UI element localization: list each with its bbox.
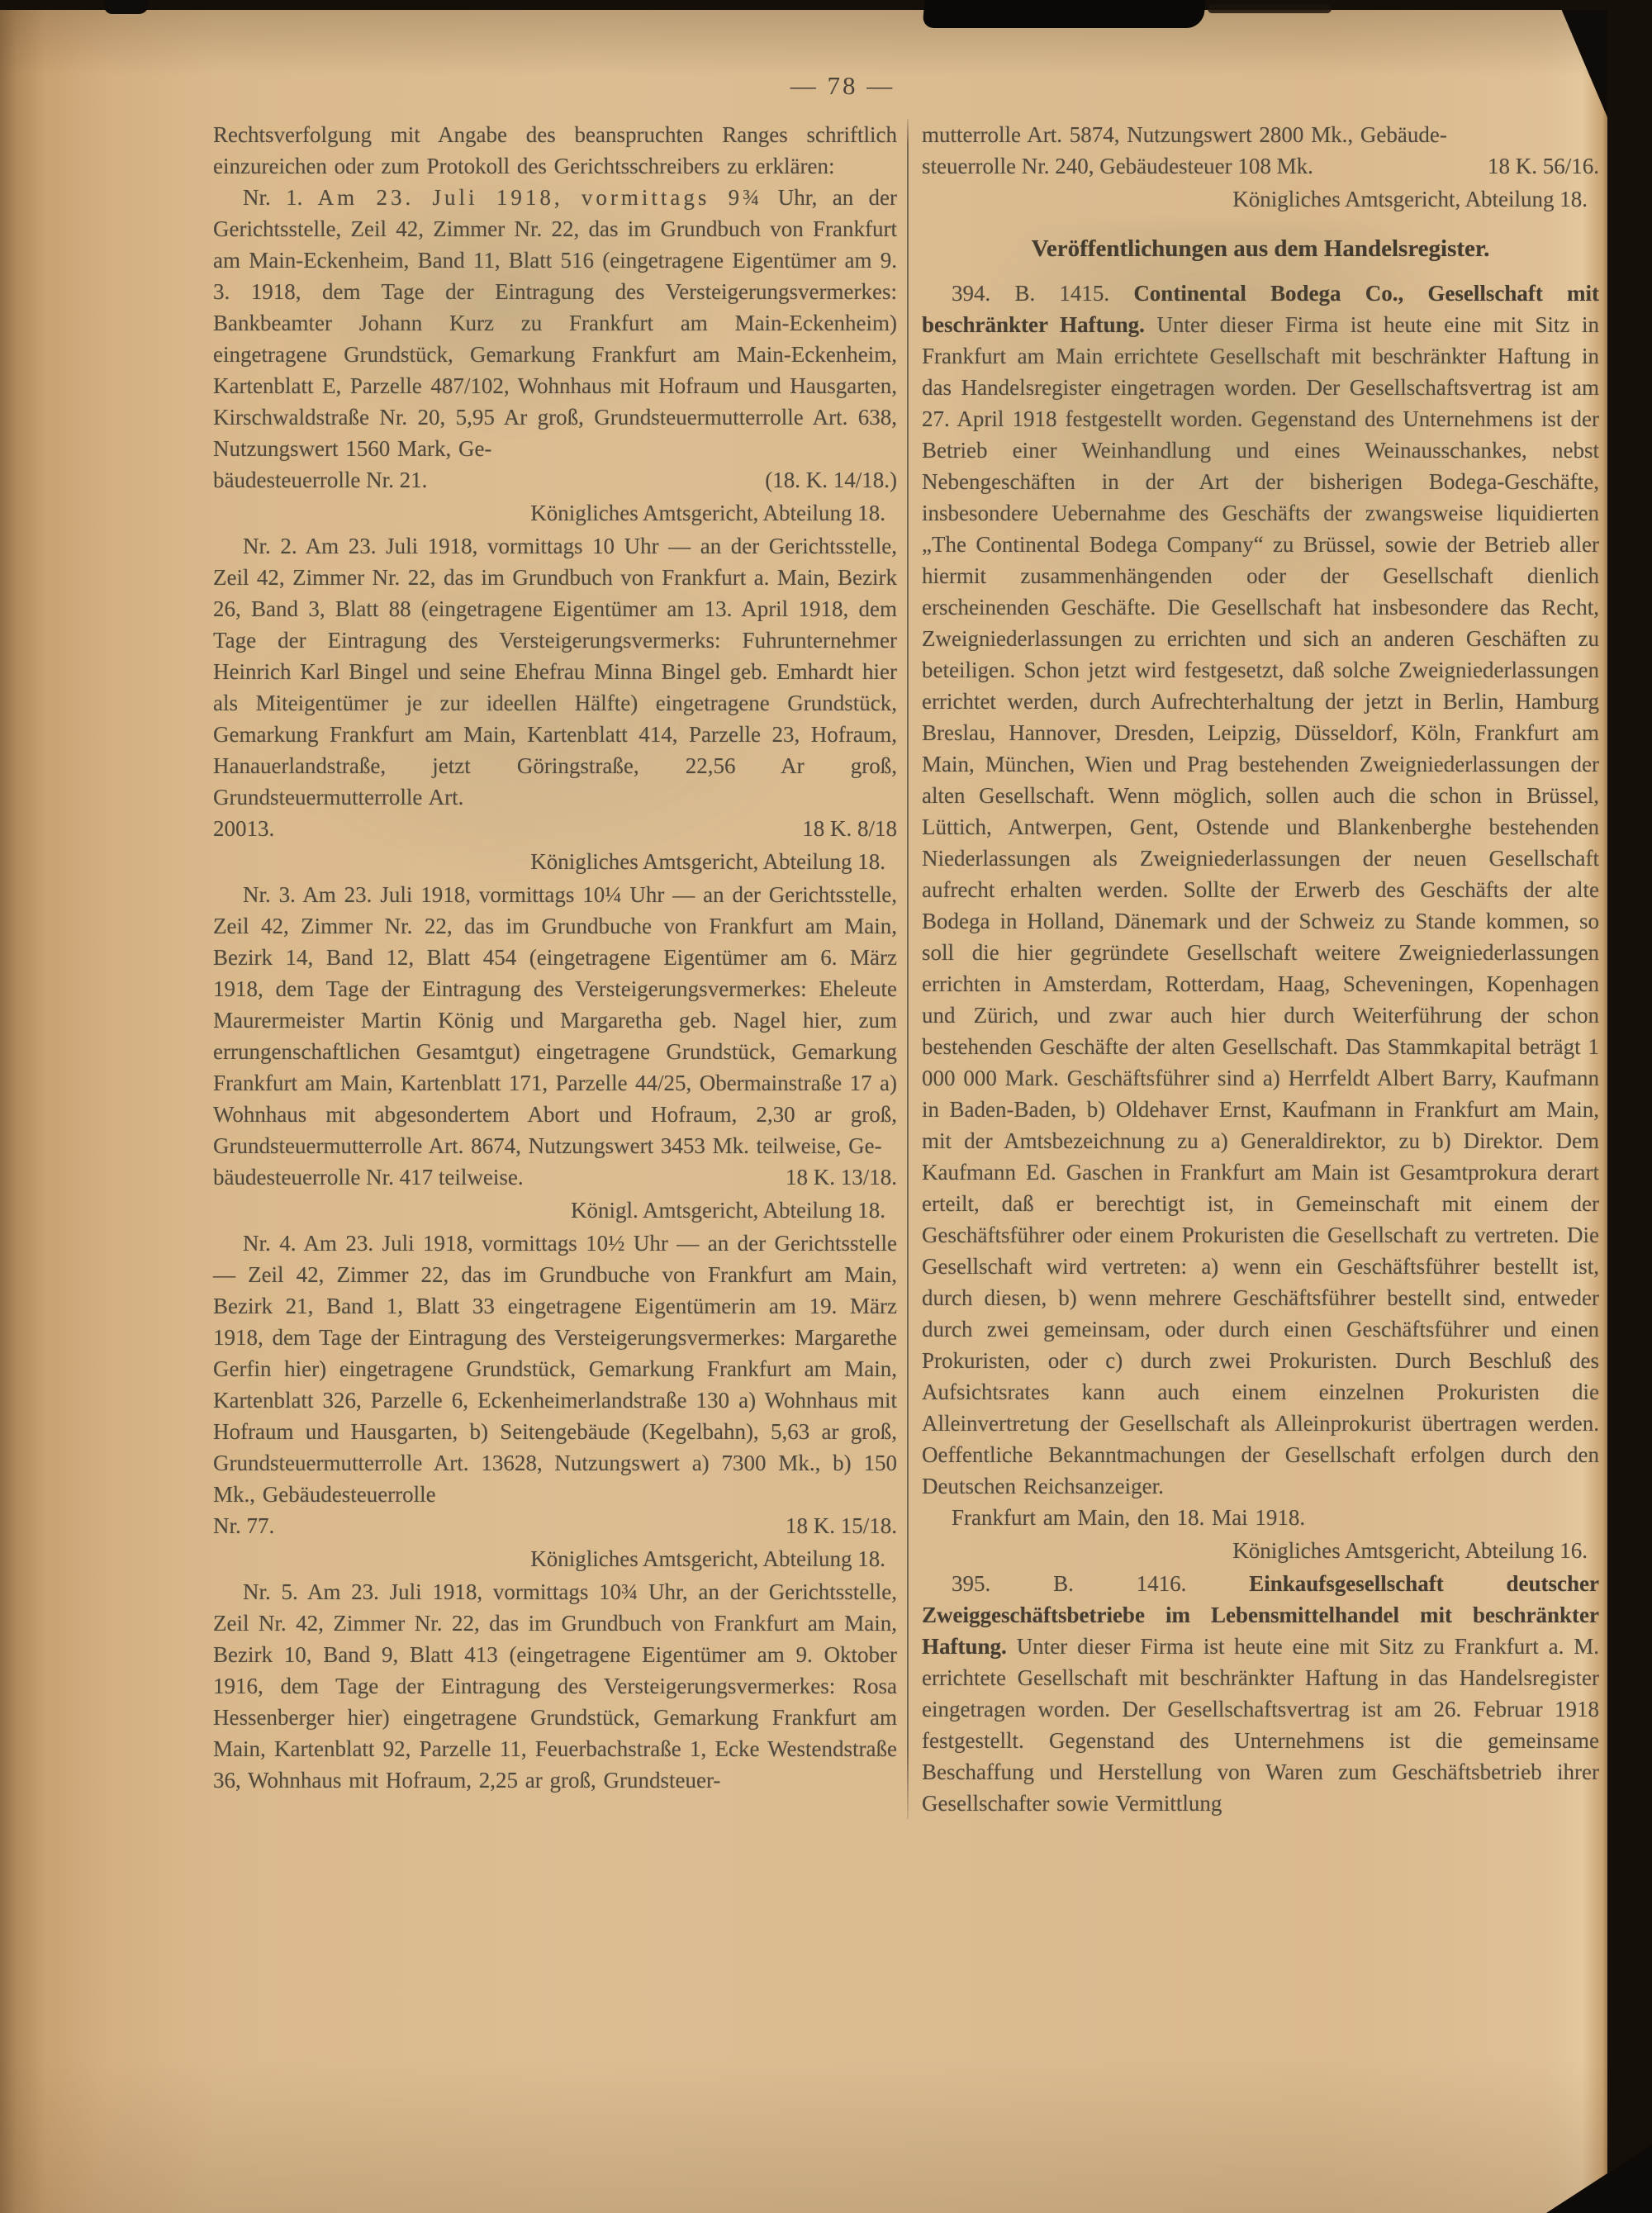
auction-notice-1: Nr. 1. Am 23. Juli 1918, vormittags 9¾ U… — [213, 182, 897, 464]
scan-artifact-streak — [1208, 4, 1332, 13]
notice-body: Am 23. Juli 1918, vormittags 10½ Uhr — a… — [213, 1231, 897, 1507]
left-column: Rechtsverfolgung mit Angabe des beanspru… — [213, 119, 907, 1819]
notice-body: Am 23. Juli 1918, vormittags 10 Uhr — an… — [213, 534, 897, 810]
notice-tail: bäudesteuerrolle Nr. 21. — [213, 464, 427, 496]
auction-notice-5: Nr. 5. Am 23. Juli 1918, vormittags 10¾ … — [213, 1576, 897, 1796]
docket-line: bäudesteuerrolle Nr. 21. (18. K. 14/18.) — [213, 464, 897, 496]
right-column: mutterrolle Art. 5874, Nutzungswert 2800… — [909, 119, 1599, 1819]
gazette-scan: { "colors": { "paper": "#dcbd92", "ink":… — [0, 0, 1652, 2213]
notice-number: Nr. 2. — [243, 534, 297, 558]
notice-tail: Nr. 77. — [213, 1510, 274, 1541]
page-number: — 78 — — [149, 71, 1536, 101]
docket-line: steuerrolle Nr. 240, Gebäudesteuer 108 M… — [922, 150, 1599, 182]
court-signature: Königliches Amtsgericht, Abteilung 18. — [922, 182, 1599, 216]
notice-date: Am 23. Juli 1918, vormittags 9¾ — [318, 185, 763, 210]
notice-body: Am 23. Juli 1918, vormittags 10¾ Uhr, an… — [213, 1579, 897, 1793]
notice-number: Nr. 3. — [243, 882, 296, 907]
notice-tail: 20013. — [213, 813, 274, 844]
scan-artifact-blot — [923, 0, 1206, 28]
court-signature: Königliches Amtsgericht, Abteilung 18. — [213, 496, 897, 530]
entry-register-id: B. 1415. — [1014, 281, 1109, 306]
court-signature: Königliches Amtsgericht, Abteilung 16. — [922, 1533, 1599, 1568]
notice-tail: bäudesteuerrolle Nr. 417 teilweise. — [213, 1161, 524, 1193]
docket-reference: 18 K. 15/18. — [786, 1510, 897, 1541]
entry-body: Unter dieser Firma ist heute eine mit Si… — [922, 312, 1599, 1498]
entry-number: 394. — [952, 281, 990, 306]
court-signature: Königl. Amtsgericht, Abteilung 18. — [213, 1193, 897, 1228]
carryover-paragraph: Rechtsverfolgung mit Angabe des beanspru… — [213, 119, 897, 182]
carryover-tail: steuerrolle Nr. 240, Gebäudesteuer 108 M… — [922, 150, 1313, 182]
carryover-paragraph: mutterrolle Art. 5874, Nutzungswert 2800… — [922, 119, 1599, 150]
docket-reference: 18 K. 8/18 — [802, 813, 897, 844]
entry-body: Unter dieser Firma ist heute eine mit Si… — [922, 1634, 1599, 1816]
auction-notice-3: Nr. 3. Am 23. Juli 1918, vormittags 10¼ … — [213, 879, 897, 1161]
entry-register-id: B. 1416. — [1053, 1571, 1186, 1596]
register-entry-395: 395. B. 1416. Einkaufsgesellschaft deuts… — [922, 1568, 1599, 1819]
court-signature: Königliches Amtsgericht, Abteilung 18. — [213, 1541, 897, 1576]
docket-line: 20013. 18 K. 8/18 — [213, 813, 897, 844]
docket-reference: 18 K. 13/18. — [786, 1161, 897, 1193]
notice-number: Nr. 4. — [243, 1231, 296, 1256]
notice-body: Am 23. Juli 1918, vormittags 10¼ Uhr — a… — [213, 882, 897, 1158]
auction-notice-2: Nr. 2. Am 23. Juli 1918, vormittags 10 U… — [213, 530, 897, 813]
scan-artifact-tear — [104, 0, 149, 14]
docket-reference: 18 K. 56/16. — [1488, 150, 1599, 182]
entry-number: 395. — [952, 1571, 990, 1596]
section-heading: Veröffentlichungen aus dem Handelsregist… — [922, 233, 1599, 264]
auction-notice-4: Nr. 4. Am 23. Juli 1918, vormittags 10½ … — [213, 1228, 897, 1510]
text-block: — 78 — Rechtsverfolgung mit Angabe des b… — [213, 71, 1601, 1819]
docket-reference: (18. K. 14/18.) — [765, 464, 897, 496]
docket-line: bäudesteuerrolle Nr. 417 teilweise. 18 K… — [213, 1161, 897, 1193]
register-entry-394: 394. B. 1415. Continental Bodega Co., Ge… — [922, 278, 1599, 1502]
notice-number: Nr. 5. — [243, 1579, 298, 1604]
notice-number: Nr. 1. — [243, 185, 302, 210]
two-column-layout: Rechtsverfolgung mit Angabe des beanspru… — [213, 119, 1601, 1819]
court-signature: Königliches Amtsgericht, Abteilung 18. — [213, 844, 897, 879]
carryover-body: mutterrolle Art. 5874, Nutzungswert 2800… — [922, 122, 1447, 147]
dateline: Frankfurt am Main, den 18. Mai 1918. — [922, 1502, 1599, 1533]
notice-body: Uhr, an der Gerichtsstelle, Zeil 42, Zim… — [213, 185, 897, 461]
docket-line: Nr. 77. 18 K. 15/18. — [213, 1510, 897, 1541]
